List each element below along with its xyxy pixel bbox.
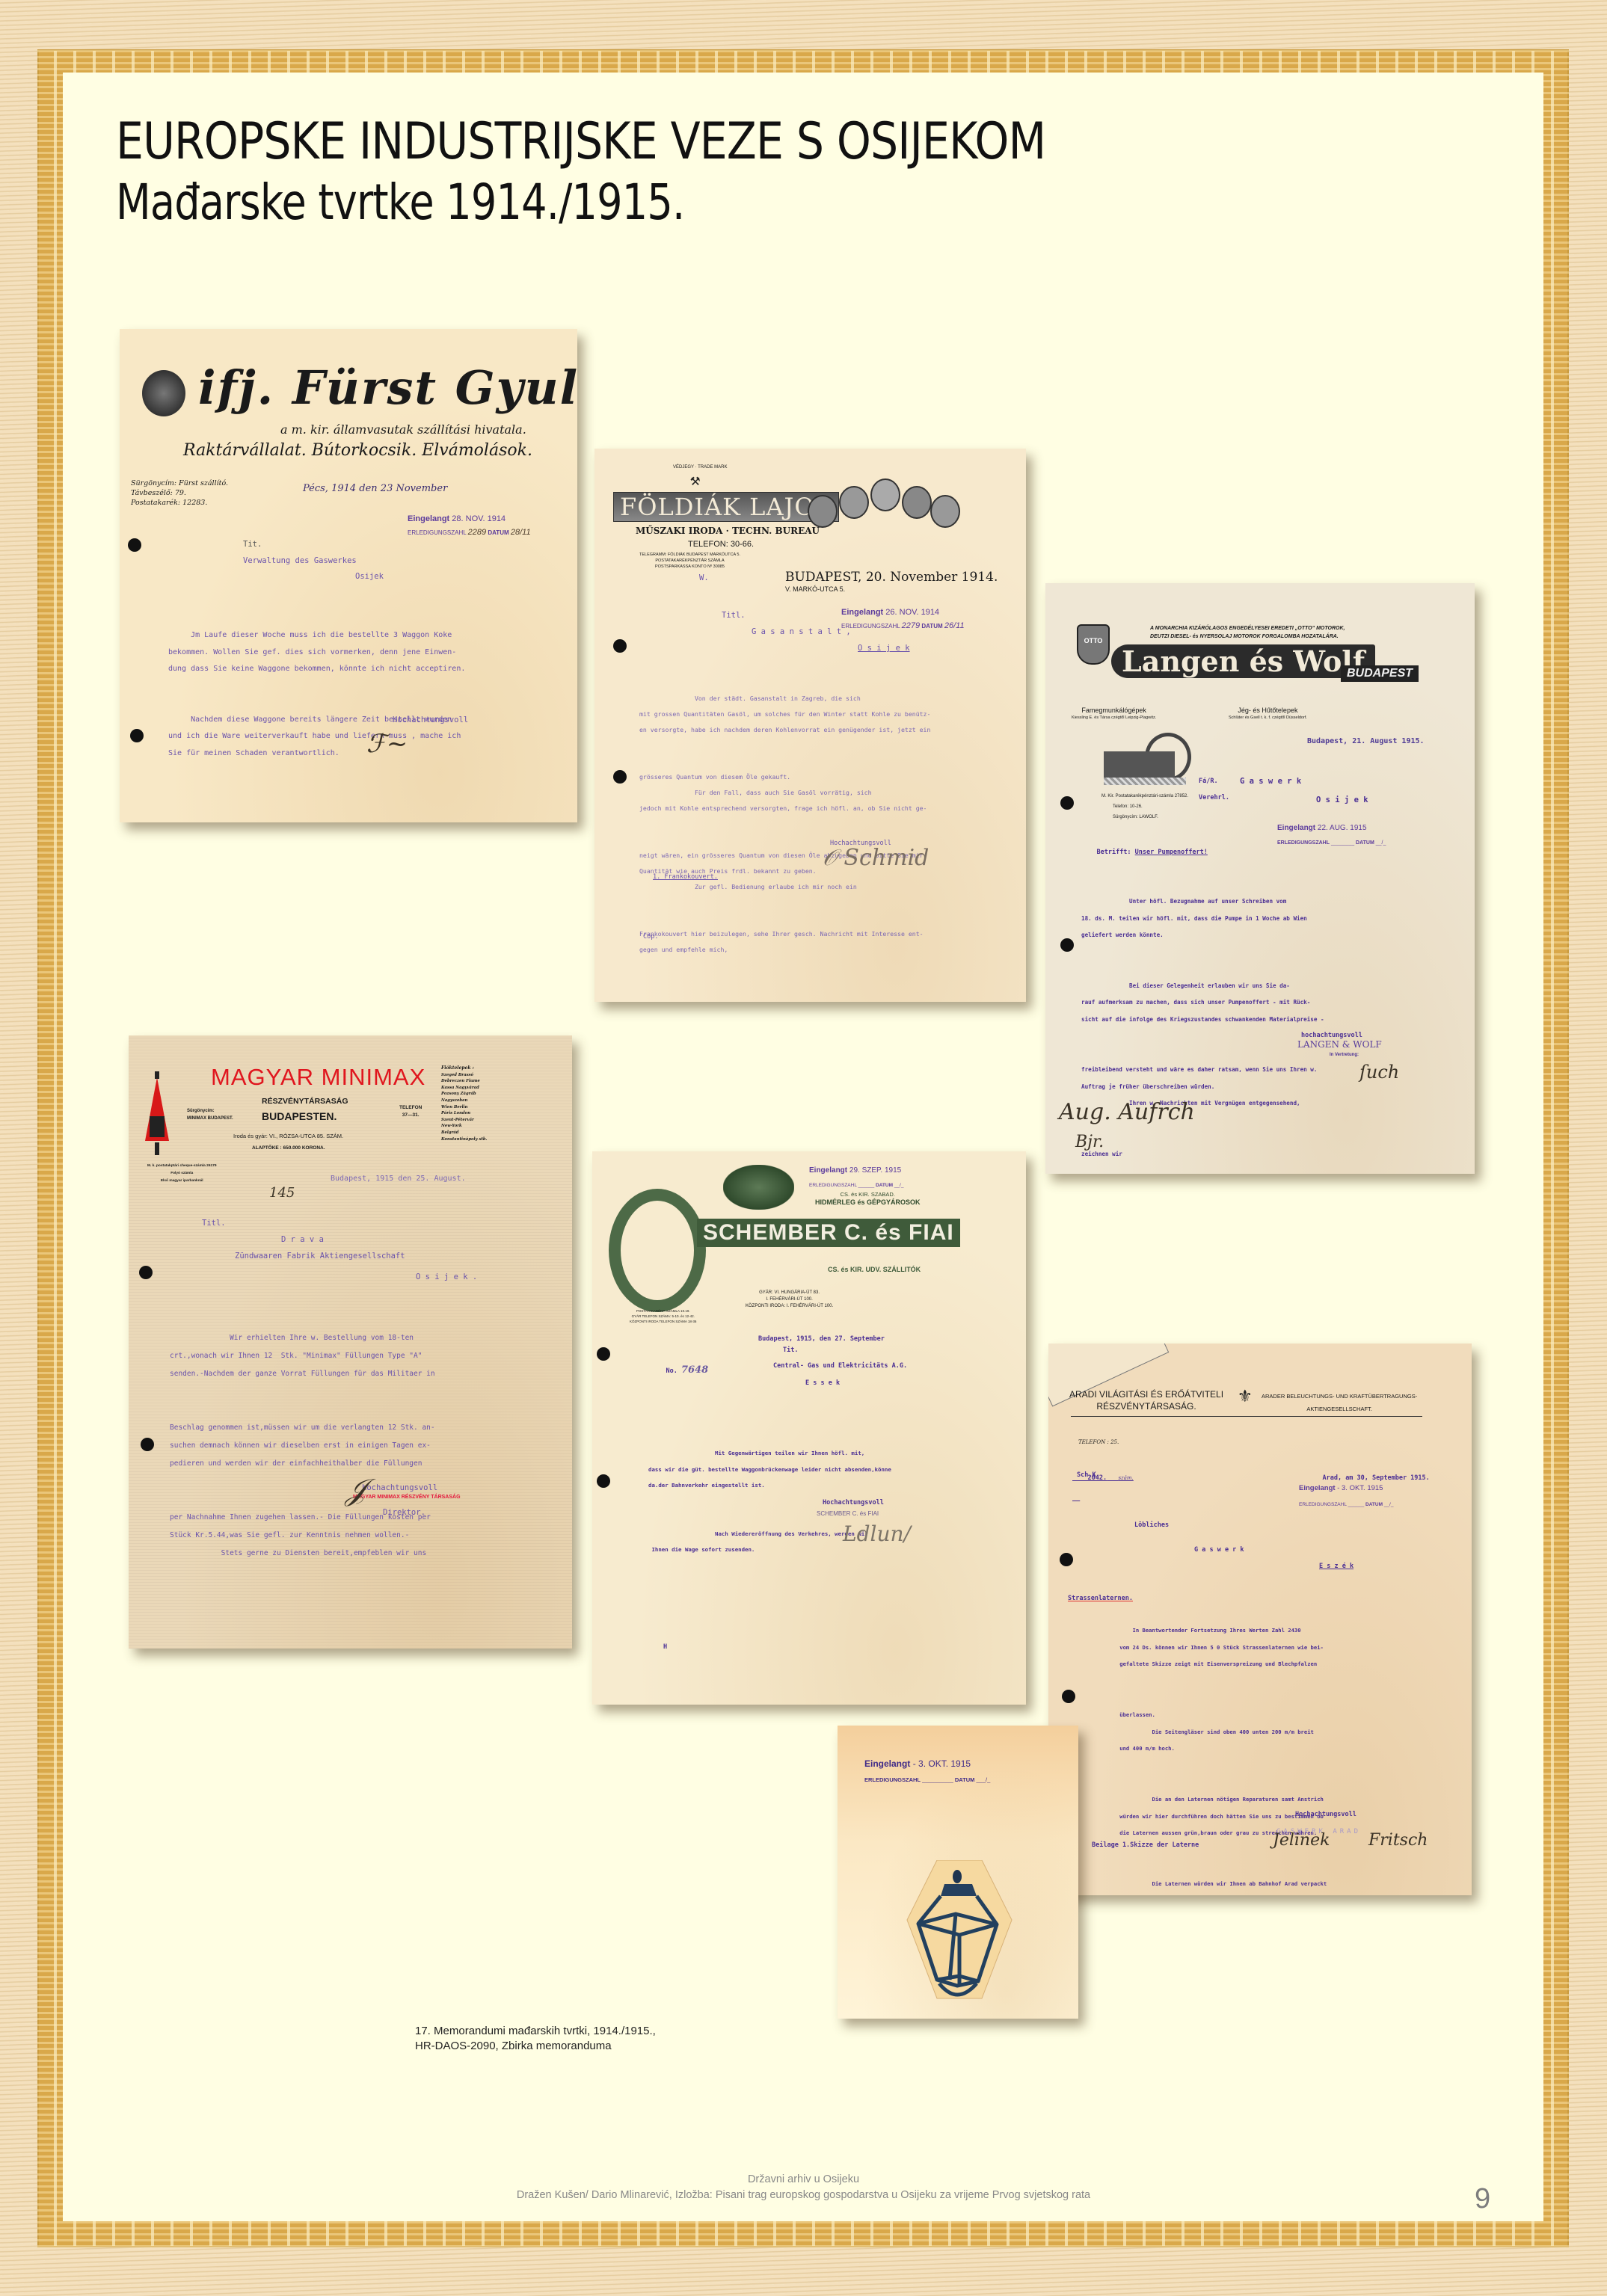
company-stamp: MAGYAR MINIMAX RÉSZVÉNY TÁRSASÁG — [353, 1495, 461, 1500]
received-stamp: Eingelangt 22. AUG. 1915 ERLEDIGUNGSZAHL… — [1277, 821, 1386, 851]
addresses: GYÁR: VI. HUNGÁRIA-ÚT 83.I. FEHÉRVÁRI-ÚT… — [746, 1290, 833, 1310]
place-date: Budapest, 1915, den 27. September — [758, 1329, 885, 1349]
gas-engine-illustration-icon — [1104, 733, 1186, 785]
otto-badge-icon: OTTO — [1077, 624, 1110, 665]
letter-aradi-vilagitasi: ARADI VILÁGITÁSI ÉS ERŐÁTVITELIRÉSZVÉNYT… — [1048, 1344, 1472, 1895]
recipient-line: E s s e k — [805, 1373, 840, 1394]
letterhead-name: SCHEMBER C. és FIAI — [697, 1219, 960, 1247]
salutation: Titl. — [202, 1213, 226, 1234]
signatory: Direktor. — [383, 1503, 425, 1523]
contact-info: M. Kir. Postatakarékpénztári-számla 2785… — [1101, 791, 1188, 822]
letterhead-subtitle: MŰSZAKI IRODA · TECHN. BUREAU — [636, 526, 820, 536]
letter-body: Unter höfl. Bezugnahme auf unser Schreib… — [1081, 860, 1324, 1174]
closing: Hochachtungsvoll — [393, 710, 468, 730]
signature: 𝒥 — [345, 1473, 366, 1507]
bank-info: M. k. postatakptári cheque-számla 26179F… — [147, 1163, 217, 1185]
figure-caption: 17. Memorandumi mađarskih tvrtki, 1914./… — [415, 2024, 656, 2054]
signature: 𝒪 Schmid — [823, 845, 929, 871]
title-line-1: EUROPSKE INDUSTRIJSKE VEZE S OSIJEKOM — [116, 112, 1045, 172]
copy-note: Cop. — [643, 927, 658, 947]
city: BUDAPEST, 20. November 1914. — [785, 570, 998, 585]
punch-hole — [1060, 938, 1074, 952]
enclosure: Beilage 1.Skizze der Laterne — [1092, 1835, 1199, 1856]
recipient-line: Central- Gas und Elektricitäts A.G. — [773, 1356, 907, 1376]
typist-initial: H — [663, 1637, 667, 1658]
city: BUDAPESTEN. — [262, 1110, 337, 1122]
recipient-line: O s i j e k — [858, 638, 910, 659]
punch-hole — [130, 729, 144, 742]
punch-hole — [139, 1266, 153, 1279]
page-number: 9 — [1475, 2183, 1490, 2215]
letter-body: Von der städt. Gasanstalt in Zagreb, die… — [639, 659, 930, 989]
letter-body: Wir erhielten Ihre w. Bestellung vom 18-… — [170, 1293, 435, 1598]
branches-list: Fióktelepek : Szeged BrassóDebreczen Fiu… — [441, 1065, 487, 1142]
recipient-line: E s z é k — [1319, 1557, 1353, 1577]
coat-of-arms-angels-icon — [723, 1165, 794, 1210]
letterhead-subtitle: RÉSZVÉNYTÁRSASÁG — [262, 1097, 348, 1106]
salutation: Titl. — [722, 606, 746, 626]
address: V. MARKÓ-UTCA 5. — [785, 585, 845, 593]
received-stamp: Eingelangt 28. NOV. 1914 ERLEDIGUNGSZAHL… — [408, 512, 531, 540]
signatory-note: In Vertretung: — [1330, 1053, 1359, 1057]
recipient-line: Zündwaaren Fabrik Aktiengesellschaft — [235, 1246, 405, 1267]
street-lantern-icon — [903, 1860, 1015, 2002]
city: BUDAPEST — [1341, 665, 1419, 682]
letterhead-name: MAGYAR MINIMAX — [211, 1064, 425, 1091]
letterhead-hu: ARADI VILÁGITÁSI ÉS ERŐÁTVITELIRÉSZVÉNYT… — [1069, 1388, 1223, 1412]
letterhead-subtitle: a m. kir. államvasutak szállítási hivata… — [280, 422, 526, 437]
tagline-purveyors: CS. és KIR. UDV. SZÁLLITÓK — [828, 1266, 921, 1273]
received-stamp: Eingelangt - 3. OKT. 1915 ERLEDIGUNGSZAH… — [1299, 1480, 1393, 1513]
crossed-hammers-icon: ⚒ — [690, 471, 700, 490]
address: Iroda és gyár: VI., RÓZSA-UTCA 85. SZÁM. — [233, 1133, 343, 1139]
letterhead-name: ifj. Fürst Gyula — [198, 360, 577, 415]
punch-hole — [597, 1474, 610, 1488]
recipient-line: G a s w e r k — [1194, 1540, 1244, 1560]
recipient-line: O s i j e k . — [416, 1267, 477, 1287]
ornament-icon: ⚜ — [1239, 1385, 1251, 1407]
page-footer: Državni arhiv u Osijeku Dražen Kušen/ Da… — [0, 2172, 1607, 2203]
enclosure: 1. Frankokouvert. — [653, 867, 718, 887]
lantern-sketch-enclosure: Eingelangt - 3. OKT. 1915 ERLEDIGUNGSZAH… — [838, 1726, 1078, 2019]
products-right: Jég- és HűtőtelepekSchlüter és Gsell t. … — [1229, 707, 1307, 721]
signature: Ldlun/ — [843, 1521, 911, 1546]
medals-ring-icon — [609, 1189, 706, 1312]
document-number: No. 7648 — [651, 1340, 708, 1402]
place-date: Budapest, 1915 den 25. August. — [331, 1169, 466, 1189]
telefon: TELEFON: 30-66. — [688, 540, 754, 549]
signature: Jelinek — [1273, 1831, 1330, 1850]
received-stamp: Eingelangt 29. SZEP. 1915 ERLEDIGUNGSZAH… — [809, 1163, 903, 1193]
punch-hole — [1060, 1553, 1073, 1566]
telefon: TELEFON37—31. — [399, 1104, 422, 1119]
coat-of-arms-seal-icon — [142, 370, 185, 416]
handwritten-note: Aug. Aufrch — [1059, 1099, 1195, 1125]
page-title: EUROPSKE INDUSTRIJSKE VEZE S OSIJEKOM Ma… — [116, 112, 1197, 233]
handwritten-initials: Bjr. — [1075, 1133, 1104, 1151]
handwritten-number: 145 — [269, 1185, 295, 1201]
letter-schember-c-es-fiai: Eingelangt 29. SZEP. 1915 ERLEDIGUNGSZAH… — [592, 1151, 1026, 1705]
punch-hole — [613, 770, 627, 784]
trademark-label: VÉDJEGY · TRADE MARK — [673, 465, 727, 470]
contact-info: TELEGRAMM: FÖLDIÁK BUDAPEST MARKÓUTCA 5.… — [639, 552, 740, 570]
recipient-line: Osijek — [355, 567, 384, 587]
place-date: Budapest, 21. August 1915. — [1307, 731, 1425, 751]
letter-foldiak-lajos: VÉDJEGY · TRADE MARK ⚒ FÖLDIÁK LAJOS MŰS… — [594, 449, 1026, 1002]
letter-furst-gyula: ifj. Fürst Gyula a m. kir. államvasutak … — [120, 329, 577, 822]
punch-hole — [613, 639, 627, 653]
recipient-line: G a s w e r k — [1240, 772, 1301, 792]
letterhead-name: Langen és Wolf — [1111, 644, 1375, 678]
telegram-address: Sürgönycím:MINIMAX BUDAPEST. — [187, 1107, 233, 1122]
contact-info: Sürgönycím: Fürst szállító. Távbeszélő: … — [131, 478, 228, 508]
reference: Sch,K. — [1077, 1465, 1100, 1486]
received-stamp: Eingelangt - 3. OKT. 1915 ERLEDIGUNGSZAH… — [864, 1755, 990, 1788]
punch-hole — [128, 538, 141, 552]
products-left: FamegmunkálógépekKiessling E. és Társa c… — [1072, 707, 1156, 721]
signature: ℱ~ — [366, 729, 408, 759]
company-stamp: LANGEN & WOLF — [1297, 1039, 1382, 1050]
reference: W. — [699, 568, 709, 588]
punch-hole — [141, 1438, 154, 1451]
signature: ſuch — [1359, 1062, 1399, 1083]
signature: Fritsch — [1368, 1831, 1428, 1850]
capital: ALAPTŐKE : 650.000 KORONA. — [252, 1145, 325, 1151]
title-line-2: Mađarske tvrtke 1914./1915. — [116, 172, 1002, 233]
salutation: Löbliches — [1134, 1515, 1169, 1536]
company-stamp: SCHEMBER C. és FIAI — [817, 1510, 879, 1517]
recipient-line: G a s a n s t a l t , — [752, 622, 851, 642]
letterhead-de: ARADER BELEUCHTUNGS- UND KRAFTÜBERTRAGUN… — [1262, 1390, 1417, 1415]
letter-langen-es-wolf: A MONARCHIA KIZÁRÓLAGOS ENGEDÉLYESEI ERE… — [1045, 583, 1475, 1174]
recipient-line: Verwaltung des Gaswerkes — [243, 551, 357, 571]
punch-hole — [597, 1347, 610, 1361]
tagline: A MONARCHIA KIZÁRÓLAGOS ENGEDÉLYESEI ERE… — [1150, 624, 1345, 641]
punch-hole — [1060, 796, 1074, 810]
letter-magyar-minimax: MAGYAR MINIMAX RÉSZVÉNYTÁRSASÁG Sürgönyc… — [129, 1035, 572, 1649]
telefon: TELEFON : 25. — [1078, 1439, 1119, 1445]
footer-institution: Državni arhiv u Osijeku — [0, 2172, 1607, 2188]
recipient-line: O s i j e k — [1316, 790, 1368, 810]
letterhead-name: FÖLDIÁK LAJOS — [613, 492, 839, 522]
letterhead-services: Raktárvállalat. Bútorkocsik. Elvámolások… — [183, 441, 532, 460]
contact-info: POSTATAKARÉKP. SZÁMLA 10.19.GYÁR TELEFON… — [630, 1308, 696, 1324]
received-stamp: Eingelangt 26. NOV. 1914 ERLEDIGUNGSZAHL… — [841, 606, 965, 633]
tagline: CS. és KIR. SZABAD.HIDMÉRLEG és GÉPGYÁRO… — [815, 1190, 921, 1207]
medals-decoration-icon — [808, 478, 957, 531]
footer-credits: Dražen Kušen/ Dario Mlinarević, Izložba:… — [0, 2188, 1607, 2203]
fire-extinguisher-icon — [145, 1071, 169, 1155]
place-date: Pécs, 1914 den 23 November — [303, 478, 447, 499]
letterhead-rule — [1071, 1416, 1422, 1417]
letter-body: Jm Laufe dieser Woche muss ich die beste… — [168, 594, 465, 795]
